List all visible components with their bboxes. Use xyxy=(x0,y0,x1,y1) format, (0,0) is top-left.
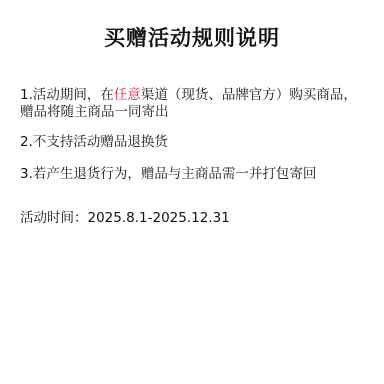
rule-1-highlight: 任意 xyxy=(114,87,141,103)
rule-item-1: 1.活动期间，在任意渠道（现货、品牌官方）购买商品，赠品将随主商品一同寄出 xyxy=(20,87,370,121)
activity-time-label: 活动时间： xyxy=(20,210,88,226)
rule-item-2: 2.不支持活动赠品退换货 xyxy=(20,134,370,151)
rule-item-3: 3.若产生退货行为，赠品与主商品需一并打包寄回 xyxy=(20,166,370,183)
page-title: 买赠活动规则说明 xyxy=(0,22,384,52)
activity-time-value: 2025.8.1-2025.12.31 xyxy=(88,210,230,226)
rule-1-prefix: 1.活动期间，在 xyxy=(20,87,114,103)
activity-time: 活动时间：2025.8.1-2025.12.31 xyxy=(20,206,230,226)
